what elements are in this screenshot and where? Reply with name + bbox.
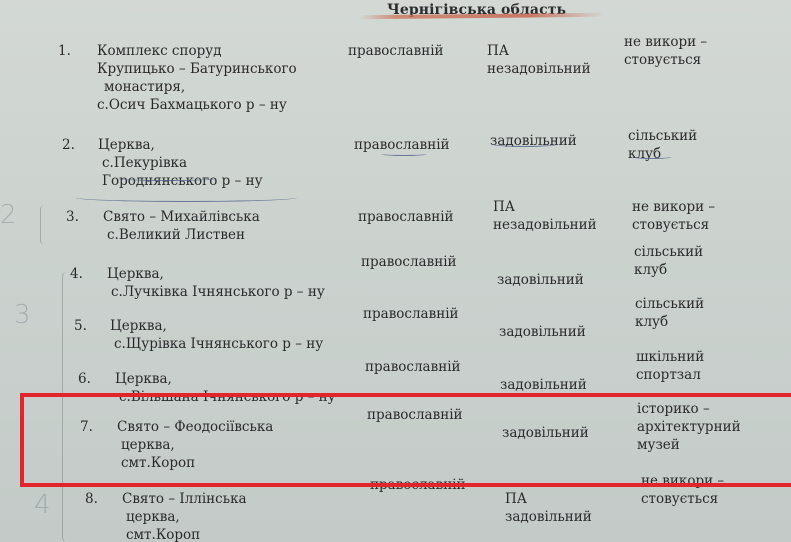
monument-name-line: Церква, xyxy=(98,136,263,154)
condition: задовільний xyxy=(500,376,587,394)
margin-note: 4 xyxy=(34,490,51,520)
monument-name-line: Городнянського р – ну xyxy=(98,172,263,190)
monument-name-line: смт.Короп xyxy=(122,526,247,542)
condition: ПАнезадовільний xyxy=(493,198,597,234)
usage-line: шкільний xyxy=(636,348,704,366)
usage-line: сільський xyxy=(634,243,703,261)
denomination: православній xyxy=(348,42,444,60)
usage-line: сільський xyxy=(635,295,704,313)
condition-line: ПА xyxy=(493,198,597,216)
current-usage: не викори –стовується xyxy=(632,198,715,234)
denomination: православній xyxy=(365,358,461,376)
monument-name: Свято – Михайлівськас.Великий Листвен xyxy=(103,208,260,244)
monument-name-line: Свято – Михайлівська xyxy=(103,208,260,226)
monument-name: Церква,с.ПекурівкаГороднянського р – ну xyxy=(98,136,263,190)
condition: ПАзадовільний xyxy=(505,490,592,526)
usage-line: стовується xyxy=(632,216,715,234)
monument-name: Свято – Іллінськацерква,смт.Короп xyxy=(122,490,247,542)
margin-note: 3 xyxy=(14,300,31,330)
row-number: 2. xyxy=(62,136,75,154)
condition: задовільний xyxy=(497,271,584,289)
usage-line: не викори – xyxy=(632,198,715,216)
monument-name: Церква,с.Лучківка Ічнянського р – ну xyxy=(107,265,325,301)
condition-line: незадовільний xyxy=(487,60,591,78)
monument-name-line: Церква, xyxy=(110,317,323,335)
monument-name-line: Церква, xyxy=(107,265,325,283)
row-number: 6. xyxy=(78,370,91,388)
scanned-page: Чернігівська область 1.Комплекс спорудКр… xyxy=(0,0,791,542)
condition: ПАнезадовільний xyxy=(487,42,591,78)
denomination: православній xyxy=(361,253,457,271)
highlight-box xyxy=(20,393,791,487)
usage-line: спортзал xyxy=(636,366,704,384)
condition-line: задовільний xyxy=(500,376,587,394)
condition-line: задовільний xyxy=(499,323,586,341)
monument-name-line: с.Пекурівка xyxy=(98,154,263,172)
monument-name-line: с.Лучківка Ічнянського р – ну xyxy=(107,283,325,301)
condition: задовільний xyxy=(499,323,586,341)
monument-name-line: Свято – Іллінська xyxy=(122,490,247,508)
current-usage: сільськийклуб xyxy=(635,295,704,331)
usage-line: клуб xyxy=(634,261,703,279)
monument-name: Комплекс спорудКрупицько – Батуринського… xyxy=(97,42,297,114)
usage-line: стовується xyxy=(641,490,724,508)
monument-name-line: с.Великий Листвен xyxy=(103,226,260,244)
row-number: 1. xyxy=(58,42,71,60)
monument-name-line: монастиря, xyxy=(97,78,297,96)
margin-note: 2 xyxy=(0,200,17,230)
usage-line: клуб xyxy=(635,313,704,331)
row-number: 3. xyxy=(66,208,79,226)
row-number: 5. xyxy=(74,317,87,335)
pencil-underline xyxy=(75,193,297,202)
monument-name-line: церква, xyxy=(122,508,247,526)
pencil-underline xyxy=(632,155,672,159)
pencil-underline xyxy=(381,152,427,156)
condition-line: задовільний xyxy=(497,271,584,289)
monument-name-line: с.Осич Бахмацького р – ну xyxy=(97,96,297,114)
current-usage: сільськийклуб xyxy=(634,243,703,279)
margin-brace xyxy=(40,205,49,245)
usage-line: сільський xyxy=(628,127,697,145)
current-usage: шкільнийспортзал xyxy=(636,348,704,384)
monument-name-line: Церква, xyxy=(115,370,336,388)
condition-line: ПА xyxy=(487,42,591,60)
usage-line: стовується xyxy=(624,51,707,69)
monument-name-line: Крупицько – Батуринського xyxy=(97,60,297,78)
monument-name-line: Комплекс споруд xyxy=(97,42,297,60)
condition-line: ПА xyxy=(505,490,592,508)
pencil-underline xyxy=(117,176,217,181)
usage-line: не викори – xyxy=(624,33,707,51)
row-number: 4. xyxy=(70,265,83,283)
condition-line: задовільний xyxy=(505,508,592,526)
pencil-underline xyxy=(490,140,560,147)
denomination: православній xyxy=(363,305,459,323)
monument-name: Церква,с.Щурівка Ічнянського р – ну xyxy=(110,317,323,353)
row-number: 8. xyxy=(85,490,98,508)
condition-line: незадовільний xyxy=(493,216,597,234)
current-usage: не викори –стовується xyxy=(624,33,707,69)
usage-line: клуб xyxy=(628,145,697,163)
denomination: православній xyxy=(358,208,454,226)
monument-name-line: с.Щурівка Ічнянського р – ну xyxy=(110,335,323,353)
